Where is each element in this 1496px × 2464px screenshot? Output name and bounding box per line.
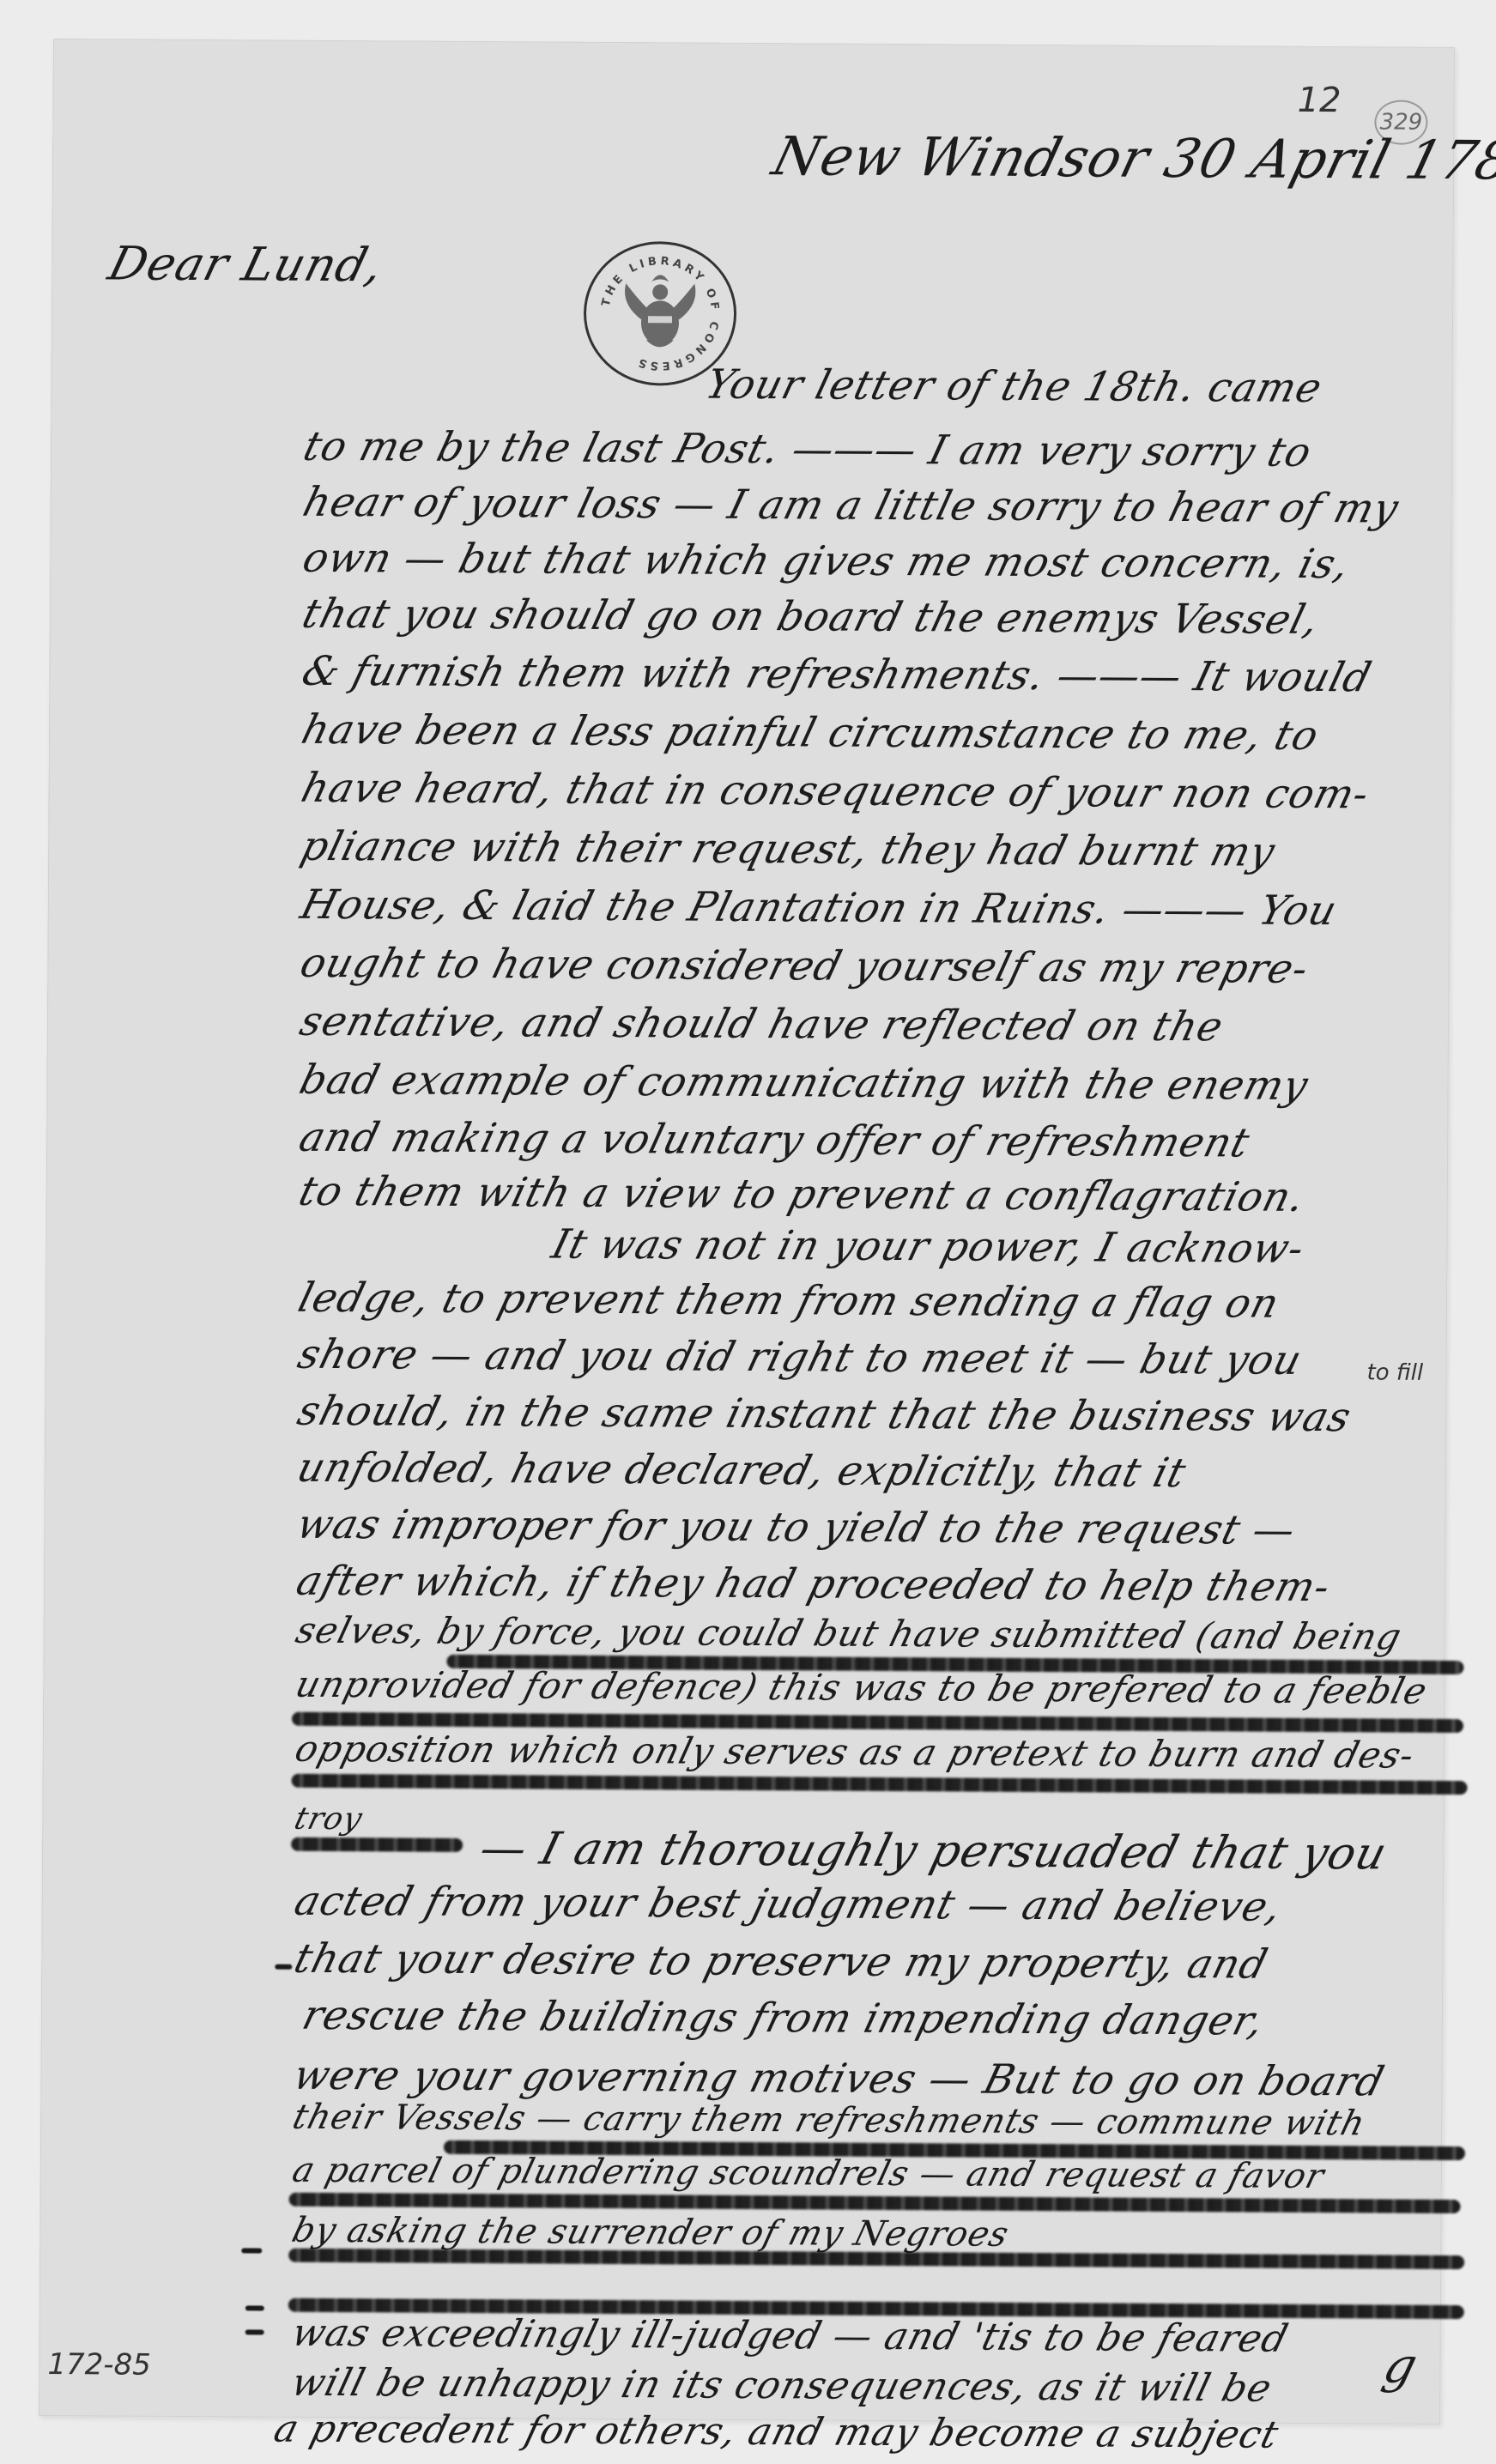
- margin-dash: [245, 2329, 264, 2334]
- letter-line: after which, if they had proceeded to he…: [293, 1561, 1335, 1607]
- letter-line: bad example of communicating with the en…: [295, 1060, 1312, 1106]
- letter-line: acted from your best judgment — and beli…: [291, 1881, 1287, 1928]
- letter-line: — I am thoroughly persuaded that you: [475, 1826, 1391, 1876]
- letter-line: It was not in your power, I acknow-: [548, 1225, 1308, 1269]
- letter-line: was improper for you to yield to the req…: [293, 1504, 1299, 1551]
- letter-line: should, in the same instant that the bus…: [294, 1391, 1355, 1438]
- sheet-number: 12: [1297, 81, 1341, 120]
- letter-line: troy: [291, 1804, 366, 1835]
- letter-line: unprovided for defence) this was to be p…: [292, 1667, 1431, 1710]
- letter-line: ought to have considered yourself as my …: [296, 943, 1312, 990]
- dateline: New Windsor 30 April 178: [766, 124, 1496, 191]
- margin-dash: [245, 2305, 264, 2310]
- margin-dash: [241, 2248, 262, 2253]
- letter-line: Your letter of the 18th. came: [701, 365, 1326, 409]
- margin-note-bottom-left: 172-85: [47, 2347, 151, 2382]
- letter-line: their Vessels — carry them refreshments …: [289, 2100, 1369, 2141]
- salutation: Dear Lund,: [103, 236, 390, 292]
- struck-through-line: [291, 1765, 1467, 1822]
- letter-line: House, & laid the Plantation in Ruins. —…: [297, 885, 1342, 931]
- letter-line: shore — and you did right to meet it — b…: [294, 1335, 1305, 1381]
- letter-line: unfolded, have declared, explicitly, tha…: [294, 1448, 1190, 1493]
- struck-through-word: [291, 1832, 463, 1883]
- letter-line: to them with a view to prevent a conflag…: [295, 1171, 1310, 1218]
- letter-line: rescue the buildings from impending dang…: [299, 1995, 1269, 2042]
- letter-line: to me by the last Post. ——— I am very so…: [300, 427, 1316, 473]
- letter-line: and making a voluntary offer of refreshm…: [295, 1117, 1254, 1164]
- letter-line: own — but that which gives me most conce…: [299, 538, 1354, 584]
- letter-line: have been a less painful circumstance to…: [298, 710, 1323, 756]
- letter-line: sentative, and should have reflected on …: [296, 1002, 1227, 1047]
- margin-dash: [275, 1965, 292, 1970]
- letter-line: that your desire to preserve my property…: [290, 1939, 1272, 1985]
- letter-line: was exceedingly ill-judged — and 'tis to…: [288, 2315, 1293, 2358]
- letter-line: that you should go on board the enemys V…: [299, 594, 1323, 640]
- manuscript-page: 12 329 New Windsor 30 April 178 Dear Lun…: [39, 39, 1455, 2425]
- letter-line: ledge, to prevent them from sending a fl…: [294, 1278, 1283, 1324]
- interlinear-insertion: to fill: [1366, 1359, 1423, 1385]
- letter-line: a precedent for others, and may become a…: [270, 2411, 1282, 2455]
- letter-line: pliance with their request, they had bur…: [297, 826, 1279, 873]
- letter-line: have heard, that in consequence of your …: [298, 768, 1374, 815]
- letter-line: hear of your loss — I am a little sorry …: [300, 482, 1403, 530]
- letter-line: will be unhappy in its consequences, as …: [288, 2364, 1275, 2408]
- letter-line: were your governing motives — But to go …: [289, 2055, 1388, 2103]
- letter-line: & furnish them with refreshments. ——— It…: [298, 651, 1375, 699]
- struck-through-line: [288, 2242, 1464, 2298]
